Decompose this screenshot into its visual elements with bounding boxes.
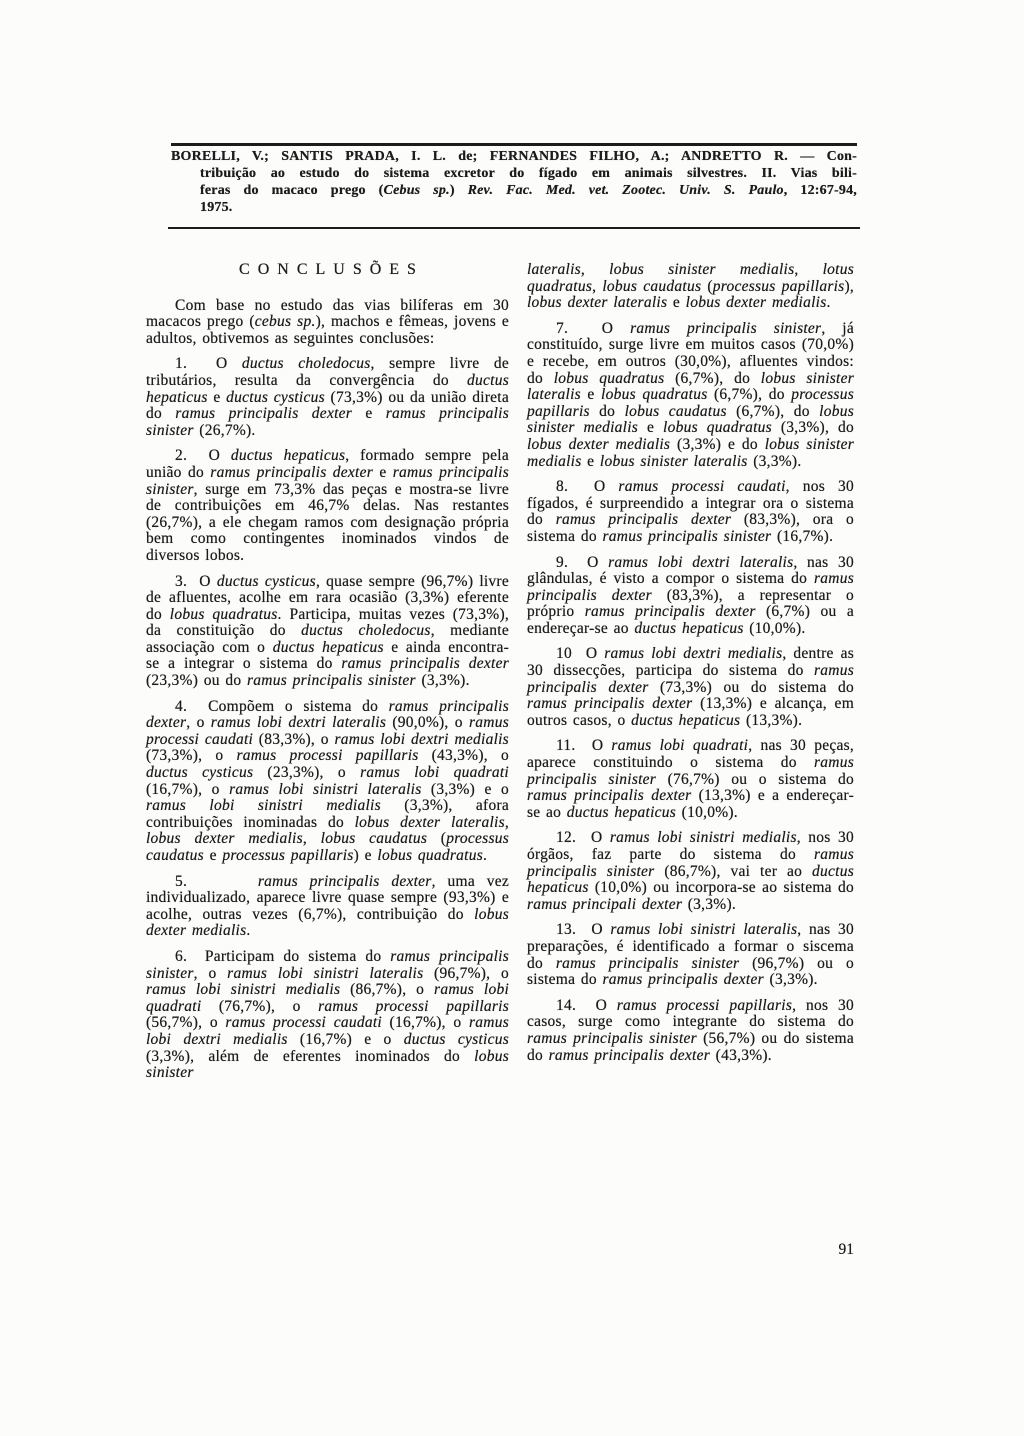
left-column-paragraphs: Com base no estudo das vias bilíferas em…: [146, 298, 509, 1082]
paragraph: 2. O ductus hepaticus, formado sempre pe…: [146, 448, 509, 564]
paragraph: 4. Compõem o sistema do ramus principali…: [146, 699, 509, 865]
paragraph: 1. O ductus choledocus, sempre livre de …: [146, 356, 509, 439]
right-column-paragraphs: lateralis, lobus sinister medialis, lotu…: [527, 262, 854, 1064]
paragraph: Com base no estudo das vias bilíferas em…: [146, 298, 509, 348]
header-top-rule: [171, 143, 857, 146]
page-number: 91: [527, 1241, 854, 1259]
paragraph: 6. Participam do sistema do ramus princi…: [146, 949, 509, 1082]
paragraph: 7. O ramus principalis sinister, já cons…: [527, 321, 854, 470]
citation-line: tribuição ao estudo do sistema excretor …: [171, 165, 857, 182]
paragraph: 5. ramus principalis dexter, uma vez ind…: [146, 874, 509, 940]
header-divider-rule: [168, 227, 860, 229]
right-column: lateralis, lobus sinister medialis, lotu…: [527, 262, 854, 1064]
document-page: BORELLI, V.; SANTIS PRADA, I. L. de; FER…: [0, 0, 1024, 1436]
citation-line: 1975.: [171, 199, 857, 216]
left-column: CONCLUSÕES Com base no estudo das vias b…: [146, 262, 509, 1082]
paragraph: 13. O ramus lobi sinistri lateralis, nas…: [527, 922, 854, 988]
citation-header: BORELLI, V.; SANTIS PRADA, I. L. de; FER…: [171, 148, 857, 216]
citation-line: feras do macaco prego (Cebus sp.) Rev. F…: [171, 182, 857, 199]
paragraph: 12. O ramus lobi sinistri medialis, nos …: [527, 830, 854, 913]
paragraph: 3. O ductus cysticus, quase sempre (96,7…: [146, 574, 509, 690]
paragraph: 8. O ramus processi caudati, nos 30 fíga…: [527, 479, 854, 545]
paragraph: lateralis, lobus sinister medialis, lotu…: [527, 262, 854, 312]
paragraph: 9. O ramus lobi dextri lateralis, nas 30…: [527, 555, 854, 638]
paragraph: 14. O ramus processi papillaris, nos 30 …: [527, 998, 854, 1064]
section-title: CONCLUSÕES: [146, 262, 509, 279]
citation-line: BORELLI, V.; SANTIS PRADA, I. L. de; FER…: [171, 148, 857, 165]
paragraph: 11. O ramus lobi quadrati, nas 30 peças,…: [527, 738, 854, 821]
paragraph: 10 O ramus lobi dextri medialis, dentre …: [527, 646, 854, 729]
